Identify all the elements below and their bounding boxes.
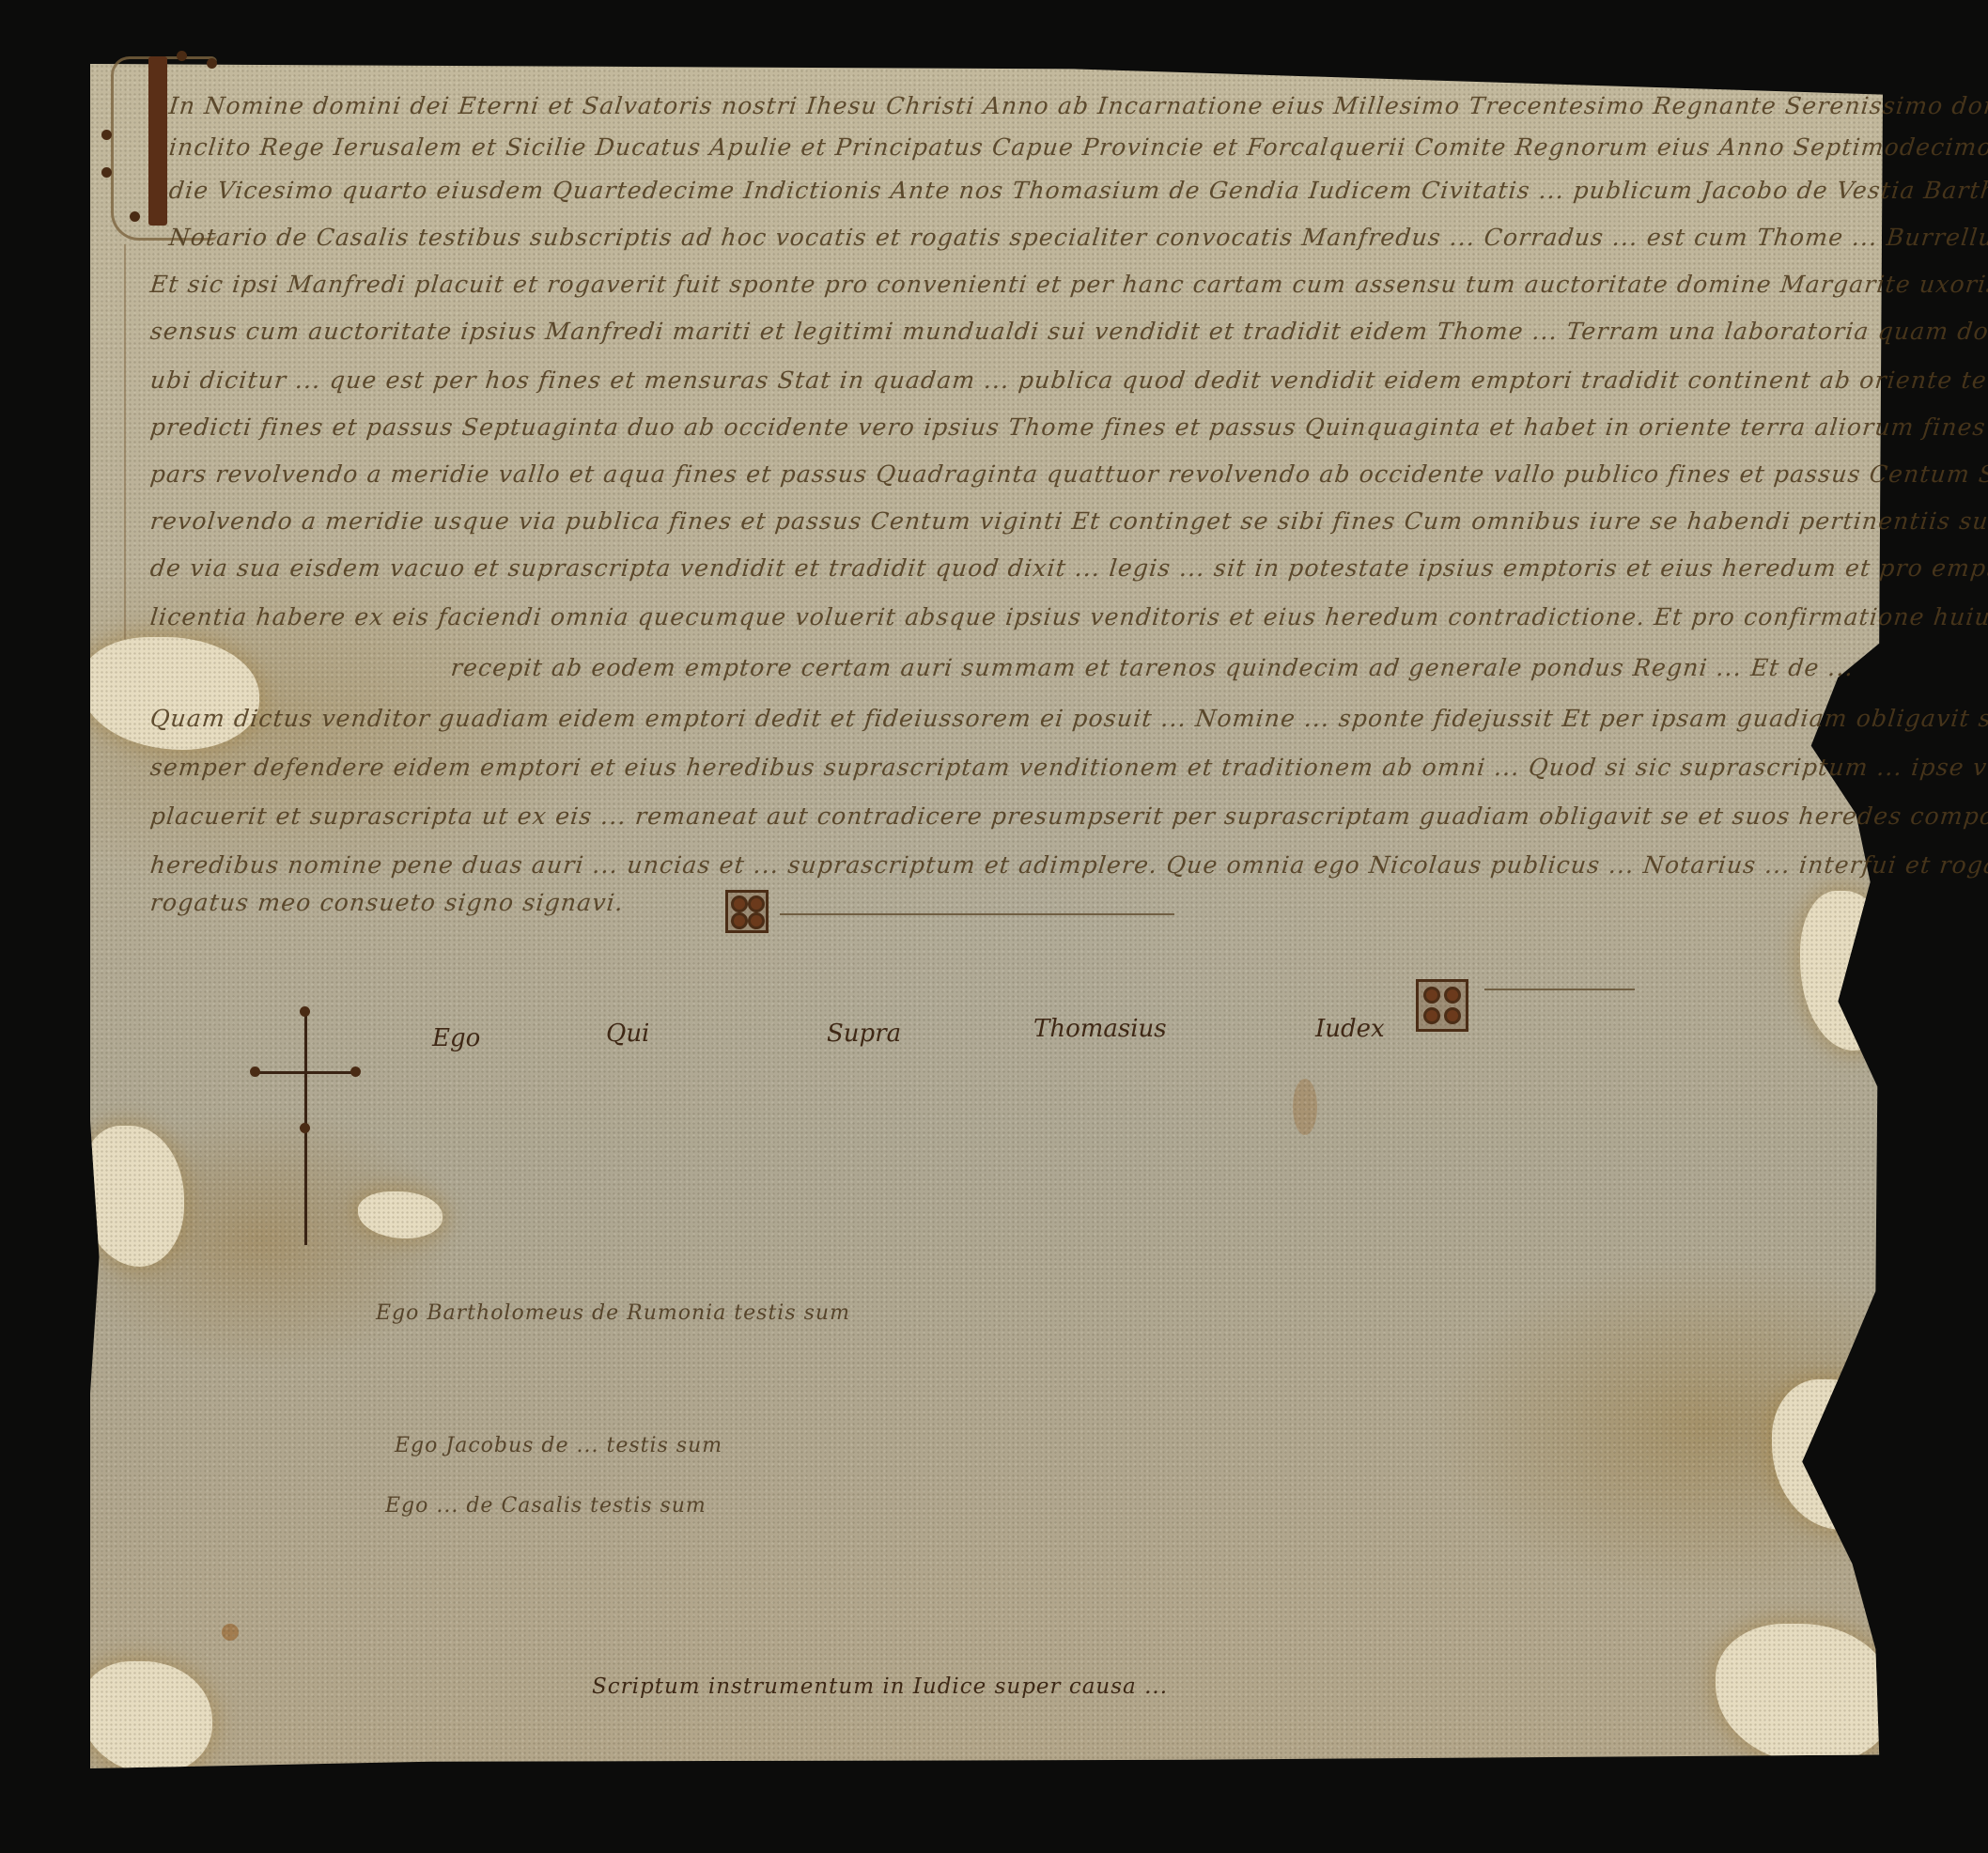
initial-dot — [101, 167, 112, 178]
decorated-initial-letter — [103, 56, 169, 244]
repaired-hole — [358, 1191, 443, 1238]
body-line: heredibus nomine pene duas auri ... unci… — [148, 851, 1988, 879]
body-line: inclito Rege Ierusalem et Sicilie Ducatu… — [167, 133, 1988, 161]
initial-dot — [130, 211, 140, 222]
body-line: Et sic ipsi Manfredi placuit et rogaveri… — [148, 271, 1988, 298]
signature-qui: Qui — [606, 1020, 649, 1048]
signature-flourish — [780, 913, 1174, 915]
signature-thomasius: Thomasius — [1033, 1015, 1167, 1043]
body-line: Notario de Casalis testibus subscriptis … — [167, 224, 1988, 251]
repaired-tear-left-lower — [81, 1126, 184, 1267]
ink-stain — [222, 1624, 239, 1641]
body-line: die Vicesimo quarto eiusdem Quartedecime… — [167, 177, 1988, 204]
body-line: placuerit et suprascripta ut ex eis ... … — [148, 802, 1988, 830]
notarial-star-sign-icon — [1405, 968, 1480, 1043]
body-line: rogatus meo consueto signo signavi. — [148, 889, 625, 916]
initial-tail — [124, 244, 126, 639]
body-line: ubi dicitur ... que est per hos fines et… — [148, 366, 1988, 394]
body-line: Quam dictus venditor guadiam eidem empto… — [148, 705, 1988, 732]
signature-iudex: Iudex — [1315, 1015, 1385, 1043]
initial-stem — [148, 56, 167, 226]
body-line: sensus cum auctoritate ipsius Manfredi m… — [148, 318, 1988, 345]
witness-subscription: Ego ... de Casalis testis sum — [385, 1494, 707, 1518]
body-line: de via sua eisdem vacuo et suprascripta … — [148, 554, 1988, 582]
body-line: recepit ab eodem emptore certam auri sum… — [449, 654, 1855, 681]
repaired-tear-right-lower — [1772, 1379, 1894, 1530]
body-line: revolvendo a meridie usque via publica f… — [148, 507, 1988, 535]
body-line: licentia habere ex eis faciendi omnia qu… — [148, 603, 1988, 631]
body-line: predicti fines et passus Septuaginta duo… — [148, 413, 1988, 441]
initial-dot — [177, 51, 187, 61]
signature-ego: Ego — [432, 1024, 480, 1052]
notarial-sign-icon — [714, 879, 780, 944]
repaired-tear-left — [81, 637, 259, 750]
initial-dot — [207, 58, 217, 69]
body-line: In Nomine domini dei Eterni et Salvatori… — [167, 92, 1988, 119]
witness-subscription: Ego Bartholomeus de Rumonia testis sum — [376, 1301, 850, 1325]
initial-dot — [101, 130, 112, 140]
ink-stain — [1293, 1079, 1317, 1135]
cross-sign-icon — [254, 1010, 357, 1245]
repaired-corner-left — [81, 1661, 212, 1774]
signature-flourish — [1484, 989, 1635, 990]
body-line: semper defendere eidem emptori et eius h… — [148, 754, 1988, 781]
repaired-corner-right — [1716, 1624, 1894, 1765]
dorsal-note: Scriptum instrumentum in Iudice super ca… — [592, 1674, 1168, 1699]
signature-supra: Supra — [827, 1020, 901, 1048]
repaired-tear-right — [1800, 891, 1894, 1051]
witness-subscription: Ego Jacobus de ... testis sum — [395, 1434, 722, 1457]
body-line: pars revolvendo a meridie vallo et aqua … — [148, 460, 1988, 488]
